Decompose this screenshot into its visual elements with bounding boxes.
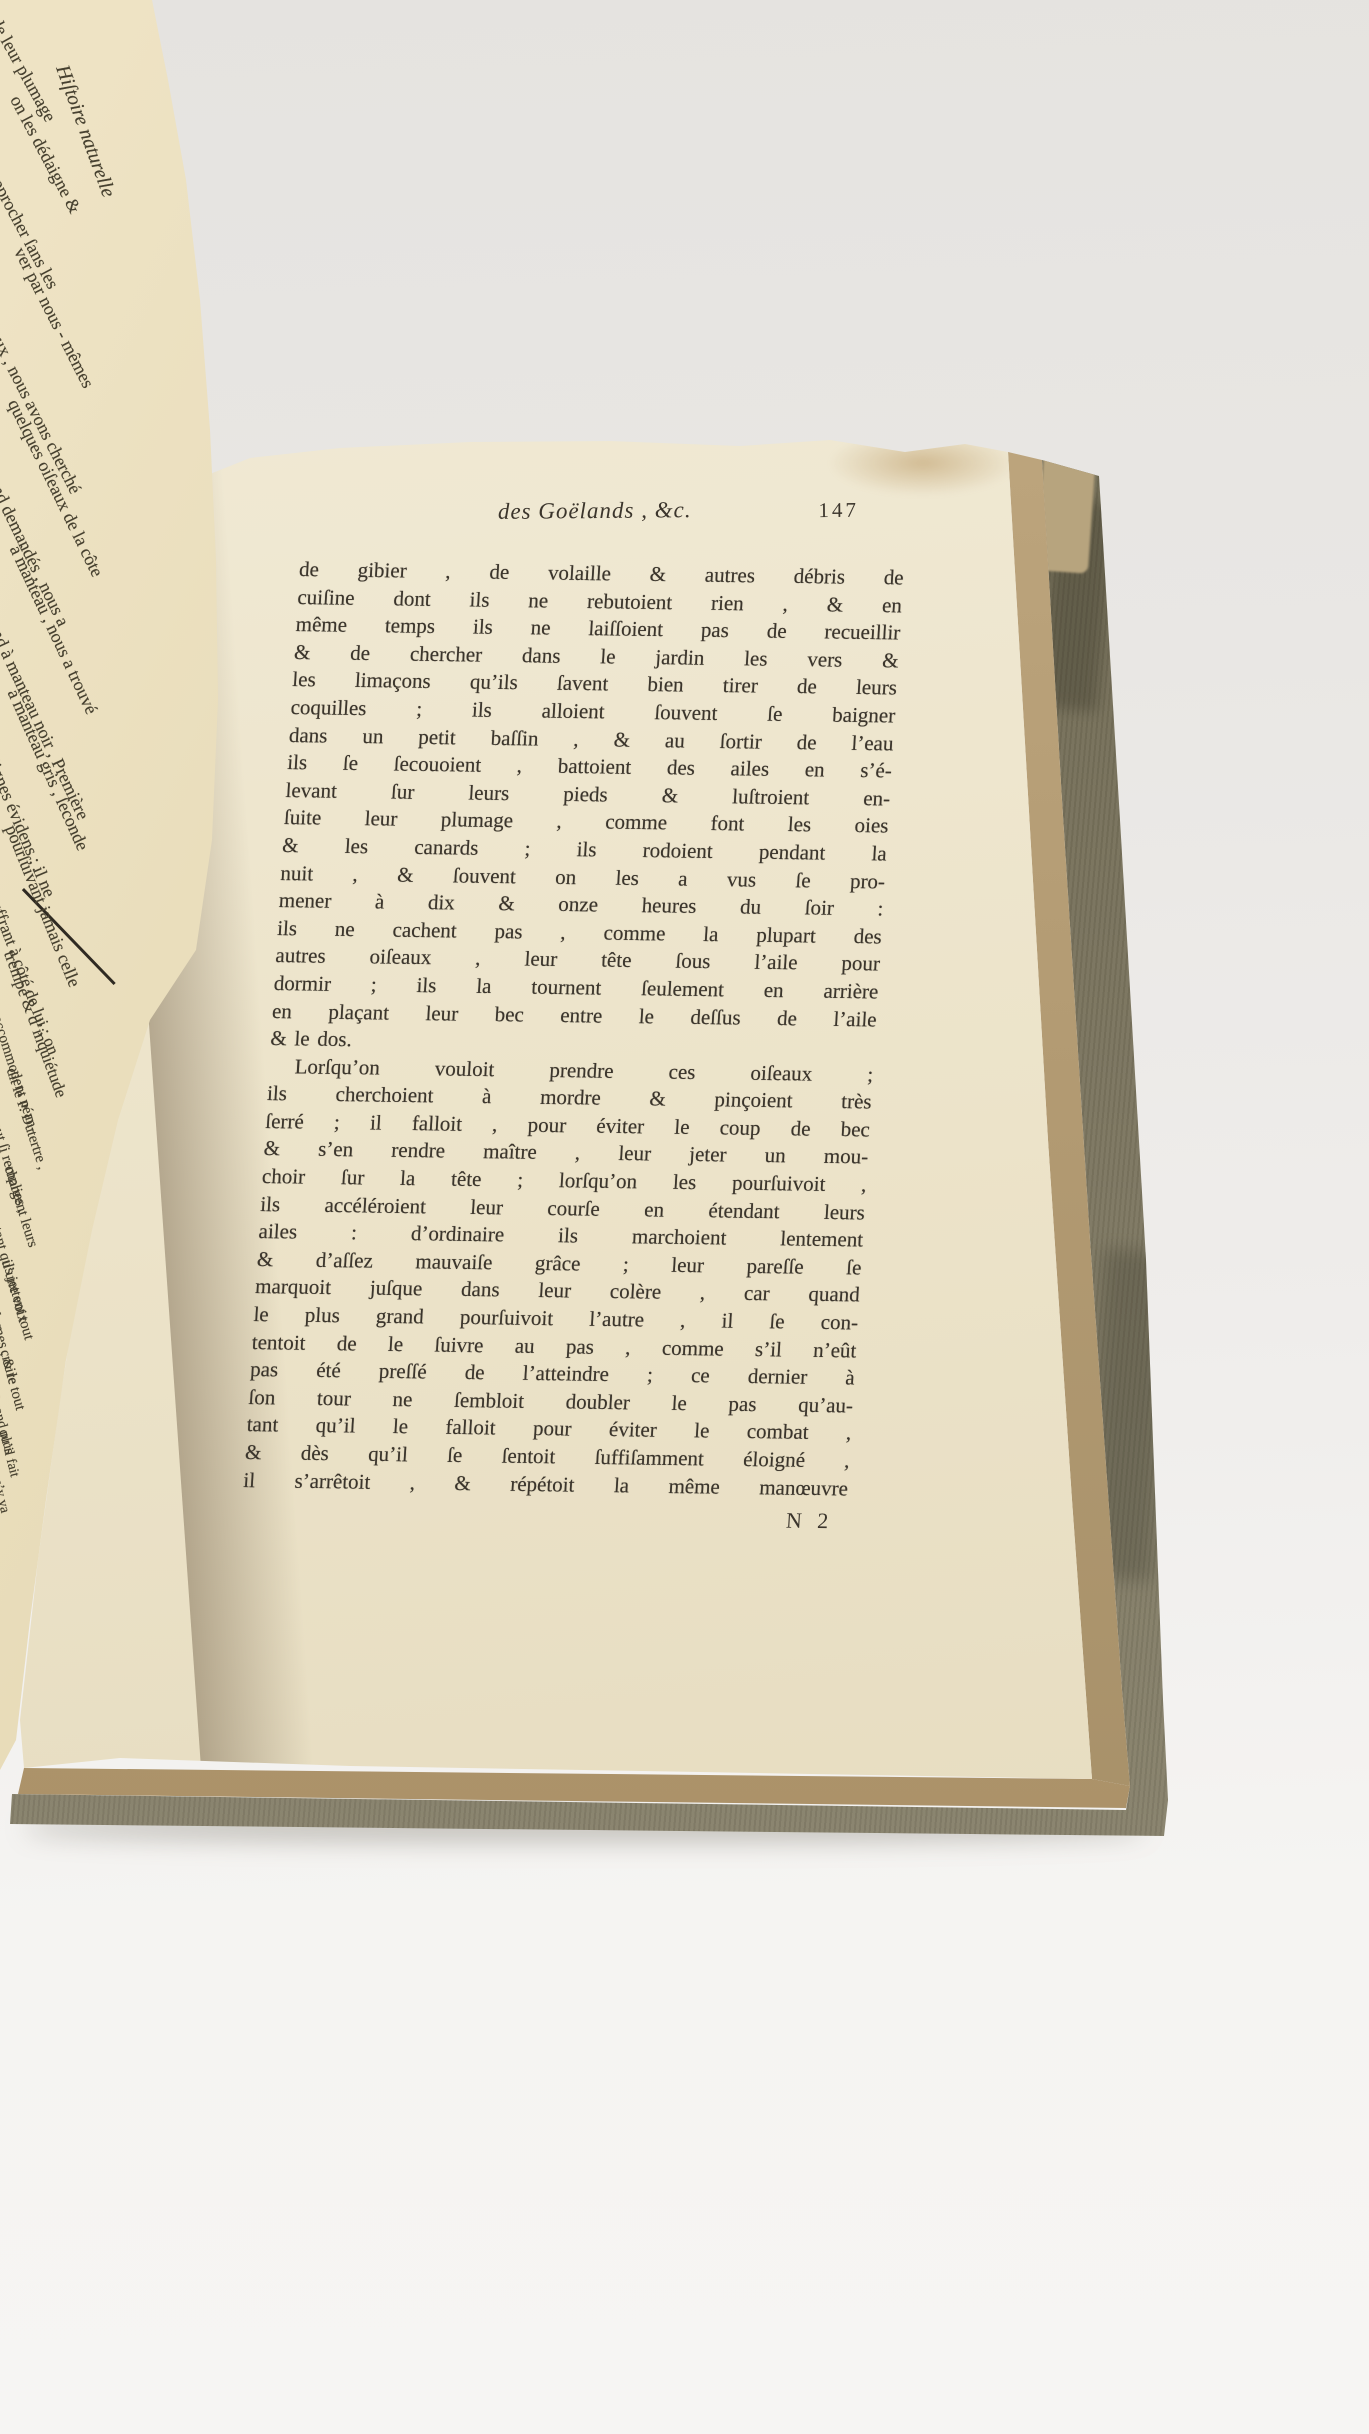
page-number: 147 [818, 498, 859, 523]
running-header: des Goëlands , &c. 147 [300, 495, 905, 536]
running-header-title: des Goëlands , &c. [498, 497, 692, 525]
photo-of-open-book: des Goëlands , &c. 147 N 2 de gibier , d… [0, 0, 1369, 2434]
body-text-block: N 2 de gibier , de volaille & autres déb… [243, 556, 905, 1503]
right-page: des Goëlands , &c. 147 N 2 de gibier , d… [0, 0, 1369, 2434]
left-page-text-fragment: croire tout [0, 1348, 28, 1412]
paper-stain [828, 430, 1018, 496]
signature-mark: N 2 [785, 1508, 834, 1535]
left-page-text-fragment: qu’il fait [0, 1428, 22, 1479]
